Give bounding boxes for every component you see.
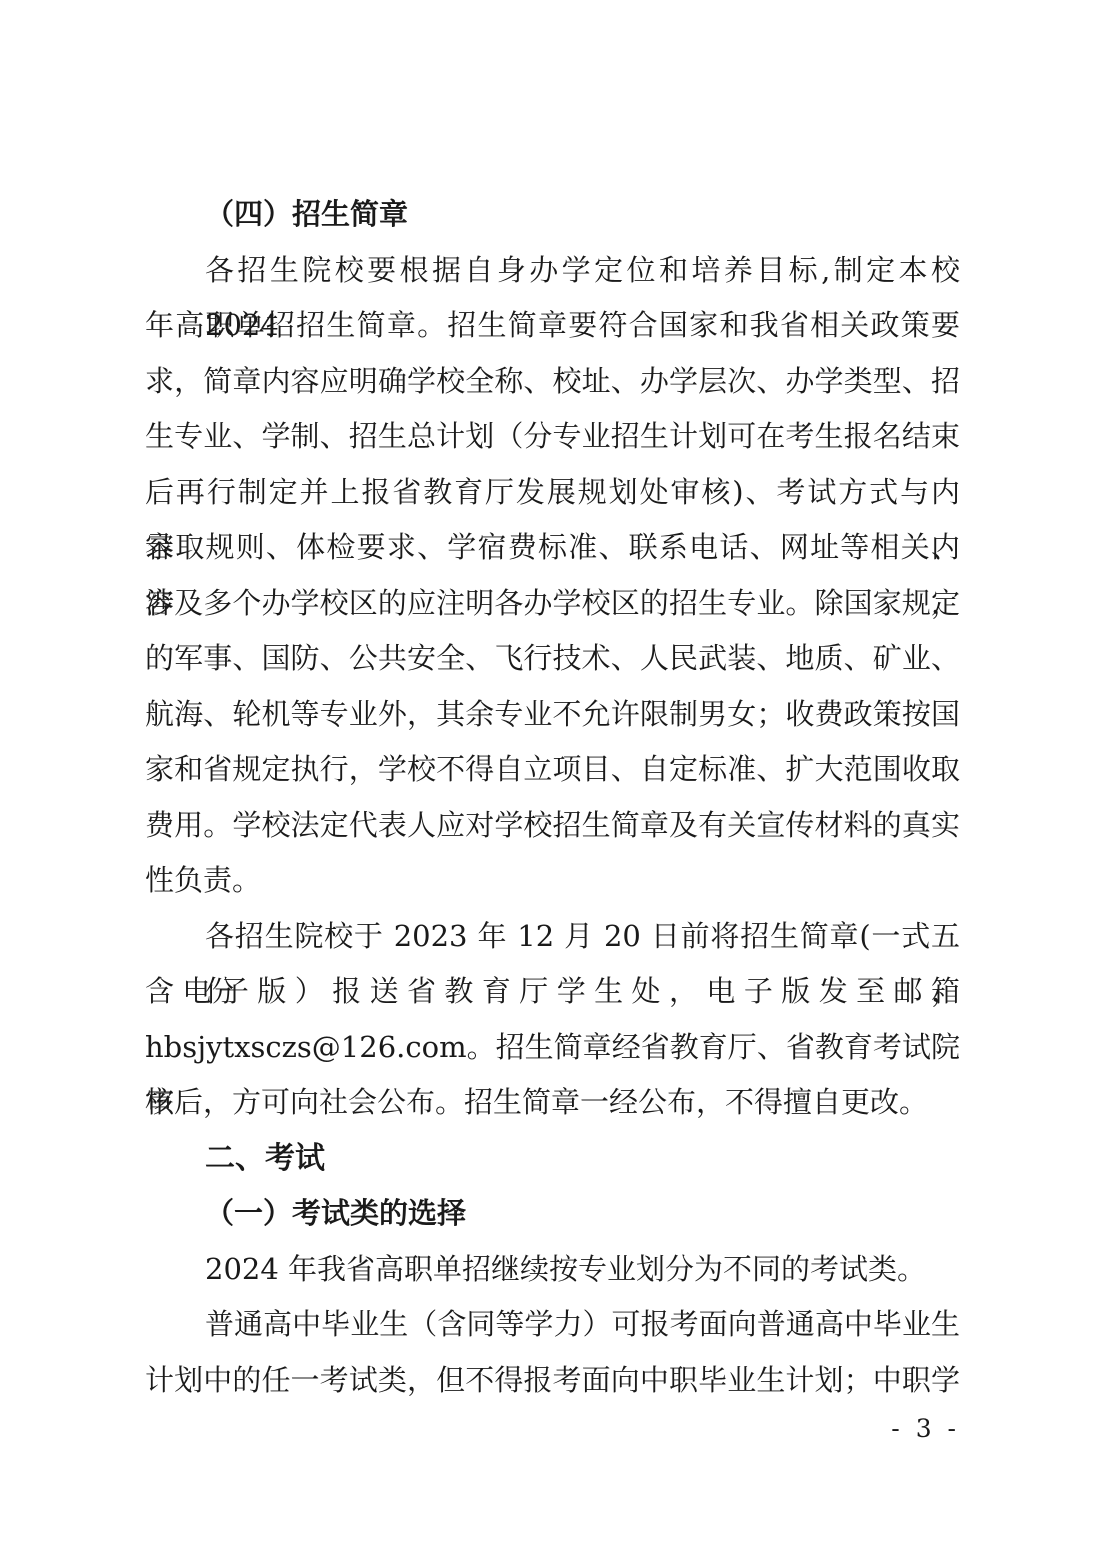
page-number: - 3 - — [891, 1414, 960, 1443]
heading-section-2-exam: 二、考试 — [145, 1131, 960, 1187]
paragraph-line: 性负责。 — [145, 853, 960, 909]
document-body: （四）招生简章 各招生院校要根据自身办学定位和培养目标,制定本校 2024 年高… — [145, 187, 960, 1408]
paragraph-line: 核后，方可向社会公布。招生简章一经公布，不得擅自更改。 — [145, 1075, 960, 1131]
heading-exam-type-selection: （一）考试类的选择 — [145, 1186, 960, 1242]
heading-section-4-admission-brochure: （四）招生简章 — [145, 187, 960, 243]
paragraph-line-email: hbsjytxsczs@126.com。招生简章经省教育厅、省教育考试院审 — [145, 1020, 960, 1076]
paragraph-line: 航海、轮机等专业外，其余专业不允许限制男女；收费政策按国 — [145, 687, 960, 743]
paragraph-line: 生专业、学制、招生总计划（分专业招生计划可在考生报名结束 — [145, 409, 960, 465]
paragraph-line: 计划中的任一考试类，但不得报考面向中职毕业生计划；中职学 — [145, 1353, 960, 1409]
paragraph-line: 后再行制定并上报省教育厅发展规划处审核)、考试方式与内容、 — [145, 465, 960, 521]
paragraph-line: 录取规则、体检要求、学宿费标准、联系电话、网址等相关内容， — [145, 520, 960, 576]
paragraph-line: 涉及多个办学校区的应注明各办学校区的招生专业。除国家规定 — [145, 576, 960, 632]
paragraph-line: 各招生院校于 2023 年 12 月 20 日前将招生简章(一式五份， — [145, 909, 960, 965]
paragraph-line: 各招生院校要根据自身办学定位和培养目标,制定本校 2024 — [145, 243, 960, 299]
paragraph-line: 求，简章内容应明确学校全称、校址、办学层次、办学类型、招 — [145, 354, 960, 410]
paragraph-line: 费用。学校法定代表人应对学校招生简章及有关宣传材料的真实 — [145, 798, 960, 854]
document-page: （四）招生简章 各招生院校要根据自身办学定位和培养目标,制定本校 2024 年高… — [0, 0, 1102, 1559]
paragraph-line: 含电子版）报送省教育厅学生处，电子版发至邮箱 — [145, 964, 960, 1020]
paragraph-line: 的军事、国防、公共安全、飞行技术、人民武装、地质、矿业、 — [145, 631, 960, 687]
paragraph-line: 家和省规定执行，学校不得自立项目、自定标准、扩大范围收取 — [145, 742, 960, 798]
paragraph-line: 2024 年我省高职单招继续按专业划分为不同的考试类。 — [145, 1242, 960, 1298]
paragraph-line: 普通高中毕业生（含同等学力）可报考面向普通高中毕业生 — [145, 1297, 960, 1353]
paragraph-line: 年高职单招招生简章。招生简章要符合国家和我省相关政策要 — [145, 298, 960, 354]
